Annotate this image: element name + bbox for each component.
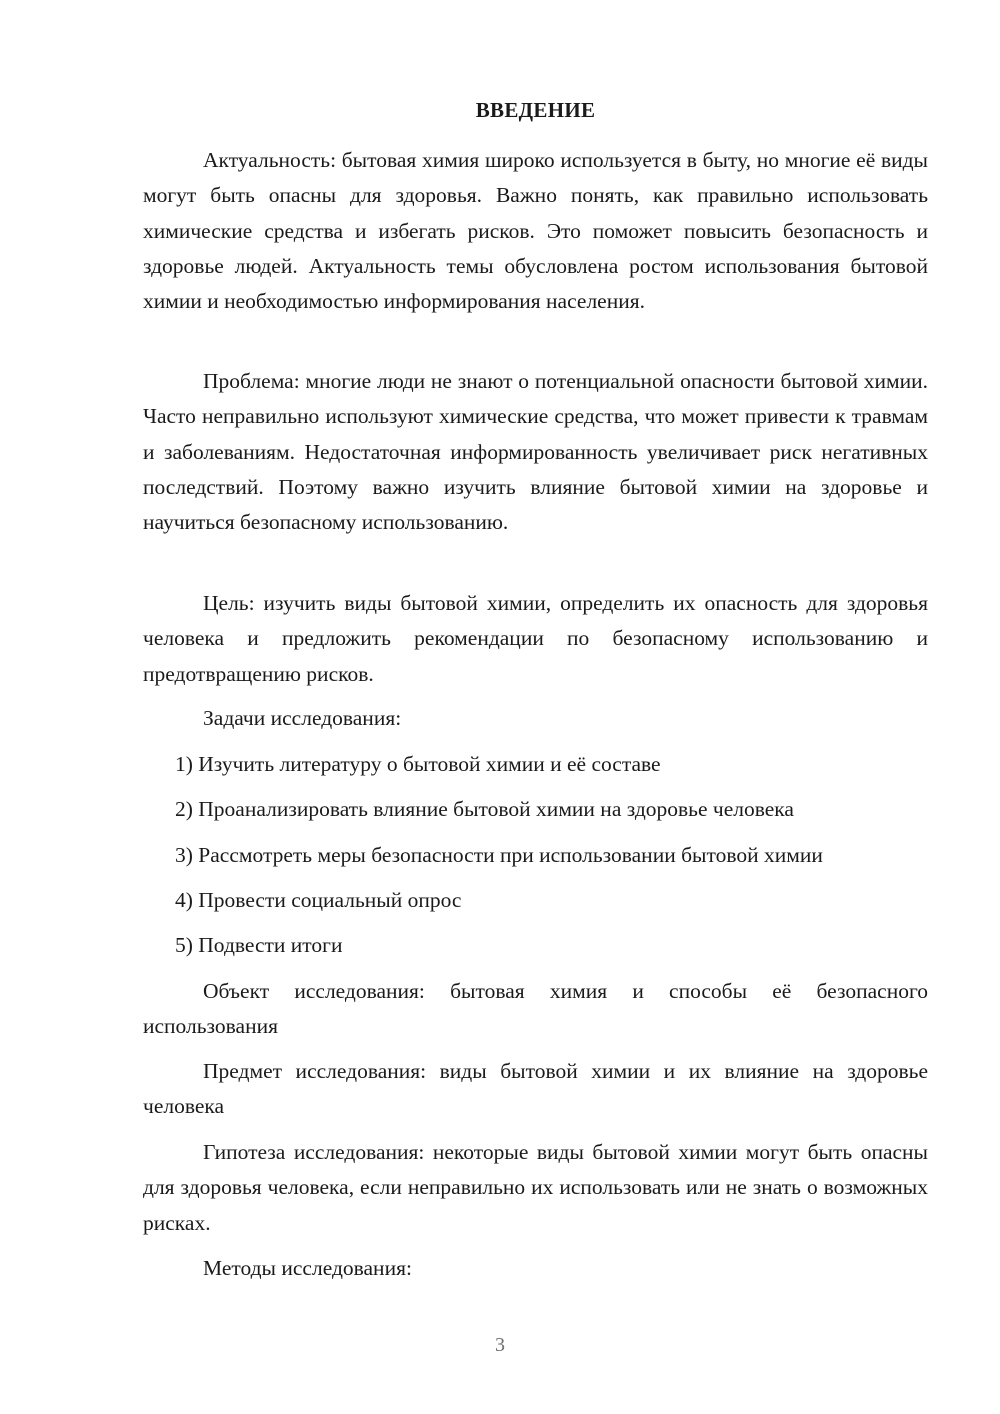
list-item: 4) Провести социальный опрос <box>175 883 461 918</box>
list-item: 1) Изучить литературу о бытовой химии и … <box>175 747 661 782</box>
methods-heading: Методы исследования: <box>143 1251 928 1286</box>
paragraph-object: Объект исследования: бытовая химия и спо… <box>143 974 928 1045</box>
paragraph-subject: Предмет исследования: виды бытовой химии… <box>143 1054 928 1125</box>
section-title: ВВЕДЕНИЕ <box>143 98 928 123</box>
list-item: 2) Проанализировать влияние бытовой хими… <box>175 792 794 827</box>
paragraph-goal: Цель: изучить виды бытовой химии, опреде… <box>143 586 928 692</box>
paragraph-hypothesis: Гипотеза исследования: некоторые виды бы… <box>143 1135 928 1241</box>
list-item: 3) Рассмотреть меры безопасности при исп… <box>175 838 823 873</box>
tasks-heading: Задачи исследования: <box>143 701 928 736</box>
paragraph-relevance: Актуальность: бытовая химия широко испол… <box>143 143 928 319</box>
list-item: 5) Подвести итоги <box>175 928 343 963</box>
paragraph-problem: Проблема: многие люди не знают о потенци… <box>143 364 928 540</box>
page-number: 3 <box>0 1334 1000 1357</box>
